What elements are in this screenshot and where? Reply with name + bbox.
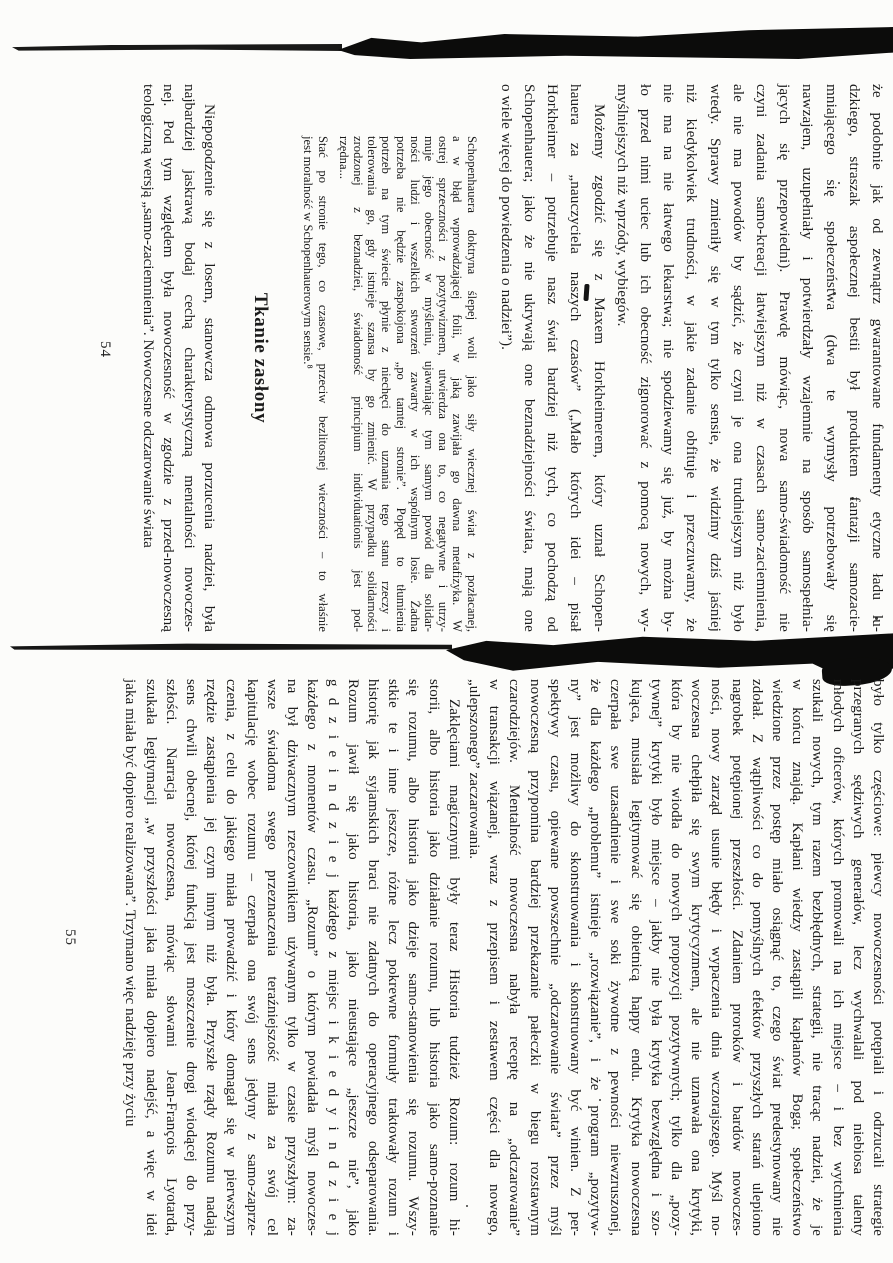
text-line: ostrej sprzeczności z pozytywizmem, utwi…: [436, 136, 450, 632]
page55-paragraph-1: było tylko częściowe: piewcy nowoczesnoś…: [464, 679, 888, 1236]
text-line: spektywy czasu, opiewane powszechnie „od…: [545, 679, 565, 1236]
text-line: ło przed nimi uciec lub ich obecność zig…: [634, 84, 657, 632]
text-line: „ulepszonego” zaczarowania.: [464, 679, 484, 1236]
text-line: ny” jest możliwy do skonstruowania i sko…: [565, 679, 585, 1236]
text-line: czyni zadania samo-kreacji łatwiejszym n…: [750, 84, 773, 632]
text-line: zrodzonej z beznadziei, świadomość princ…: [351, 136, 365, 632]
text-line: storii, albo historia jako działanie roz…: [423, 679, 443, 1236]
text-line: się rozumu, albo historia jako dzieje sa…: [403, 679, 423, 1236]
text-line: szukali nowych, tym razem bezbłędnych, s…: [807, 679, 827, 1236]
page-number-55: 55: [61, 929, 78, 946]
text-line: tolerowania go, gdy istnieje szansa by g…: [365, 136, 379, 632]
text-line: Rozum jawił się jako historia, jako nieu…: [343, 679, 363, 1236]
page54-blockquote: Schopenhauera doktryna ślepej woli jako …: [337, 136, 479, 632]
text-line: muje jego obecność w myśleniu, ujawniają…: [422, 136, 436, 632]
text-line: nawzajem, uzupełniały i potwierdzały wza…: [796, 84, 819, 632]
text-line: sens chwili obecnej, której funkcją jest…: [181, 679, 201, 1236]
text-line: ności, nowy zarząd usunie błędy i wypacz…: [706, 679, 726, 1236]
text-line: Schopenhauera doktryna ślepej woli jako …: [464, 136, 478, 632]
text-line: historię jak syjamskich braci nie zdatny…: [363, 679, 383, 1236]
text-line: czerpała swe uzasadnienie i swe soki żyw…: [605, 679, 625, 1236]
text-line: mniającego się społeczeństwa (dwa te wym…: [819, 84, 842, 632]
text-line: kapitulację wobec rozumu – czerpała ona …: [242, 679, 262, 1236]
text-line: teologiczną wersją „samo-zaciemnienia”. …: [137, 84, 158, 632]
text-line: że dla każdego „problemu” istnieje „rozw…: [585, 679, 605, 1236]
text-line: nowoczesną przypomina bardziej przekazan…: [524, 679, 544, 1236]
text-line: każdego z momentów czasu. „Rozum” o któr…: [302, 679, 322, 1236]
text-line: ności ludzi i wszelkich stworzeń zawarty…: [408, 136, 422, 632]
text-line: kująca, musiała legitymować się obietnic…: [625, 679, 645, 1236]
text-line: myślniejszych niż wprzódy, wybiegów.: [611, 84, 634, 632]
text-line: nej. Pod tym względem była nowoczesność …: [158, 84, 179, 632]
text-line: zdołał. Z wątpliwości co do pomyślnych e…: [747, 679, 767, 1236]
text-line: czarodziejów. Mentalność nowoczesna naby…: [504, 679, 524, 1236]
text-line: w transakcji wiązanej, wraz z przepisem …: [484, 679, 504, 1236]
text-line: Niepogodzenie się z losem, stanowcza odm…: [199, 84, 220, 632]
text-line: jest moralność w Schopenhauerowym sensie…: [301, 136, 315, 632]
text-line: niż kiedykolwiek trudności, w jakie zada…: [680, 84, 703, 632]
text-line: Schopenhauera; jako że nie ukrywają one …: [518, 84, 541, 632]
page54-paragraph-1: że podobnie jak od zewnątrz gwarantowane…: [611, 84, 889, 632]
text-line: czenia, z celu do jakiego miała prowadzi…: [221, 679, 241, 1236]
page-54: że podobnie jak od zewnątrz gwarantowane…: [137, 84, 889, 632]
text-line: potrzeb na tym świecie płynie z niechęci…: [379, 136, 393, 632]
text-line: wsze świadoma swego przeznaczenia teraźn…: [262, 679, 282, 1236]
text-line: dzkiego, straszak aspołecznej bestii był…: [843, 84, 866, 632]
page-number-54: 54: [96, 341, 113, 358]
text-line: a w błąd wprowadzającej folii, w jaką za…: [450, 136, 464, 632]
text-line: wtedy. Sprawy zmieniły się w tym tylko s…: [703, 84, 726, 632]
text-line: nagrobek potępionej przeszłości. Zdaniem…: [726, 679, 746, 1236]
scanned-book-spread: że podobnie jak od zewnątrz gwarantowane…: [0, 0, 893, 1263]
text-line: tywnej” krytyki było miejsce – jakby nie…: [646, 679, 666, 1236]
text-line: rzędzie zastąpienia jej czym innym niż b…: [201, 679, 221, 1236]
text-line: woczesna chełpiła się swym krytycyzmem, …: [686, 679, 706, 1236]
text-line: ale nie ma powodów by sądzić, że czyni j…: [727, 84, 750, 632]
page54-paragraph-2: Możemy zgodzić się z Maxem Horkheimerem,…: [495, 84, 611, 632]
text-line: wiedzione przez postęp miało osiągnąć to…: [767, 679, 787, 1236]
text-line: przegranych sędziwych generałów, lecz wy…: [848, 679, 868, 1236]
text-line: stkie te i inne jeszcze, różne lecz pokr…: [383, 679, 403, 1236]
text-line: Horkheimer – potrzebuje nasz świat bardz…: [541, 84, 564, 632]
text-line: Zaklęciami magicznymi były teraz Histori…: [444, 679, 464, 1236]
text-line: potrzeba nie będzie zaspokojona „po tamt…: [393, 136, 407, 632]
text-line: w końcu znajdą. Kapłani wiedzy zastąpili…: [787, 679, 807, 1236]
scan-edge-bar-top-left: [12, 44, 342, 51]
text-line: hauera za „nauczyciela naszych czasów” (…: [564, 84, 587, 632]
text-line: szłości. Narracja nowoczesna, mówiąc sło…: [161, 679, 181, 1236]
text-line: Stać po stronie tego, co czasowe, przeci…: [315, 136, 329, 632]
section-heading: Tkanie zasłony: [249, 84, 271, 632]
text-line: Możemy zgodzić się z Maxem Horkheimerem,…: [587, 84, 610, 632]
scan-edge-bar-top-right: [338, 27, 893, 59]
scan-gutter-bar-left: [10, 642, 452, 650]
page54-paragraph-3: Niepogodzenie się z losem, stanowcza odm…: [137, 84, 219, 632]
page55-paragraph-2: Zaklęciami magicznymi były teraz Histori…: [120, 679, 463, 1236]
text-line: o wiele więcej do powiedzenia o nadziei”…: [495, 84, 518, 632]
text-line: było tylko częściowe: piewcy nowoczesnoś…: [868, 679, 888, 1236]
text-line: najbardziej jaskrawą bodaj cechą charakt…: [178, 84, 199, 632]
text-line: nie ma na nie łatwego lekarstwa; nie spo…: [657, 84, 680, 632]
page-55: było tylko częściowe: piewcy nowoczesnoś…: [120, 679, 888, 1236]
text-line: jaka miała być dopiero realizowana”. Trz…: [120, 679, 140, 1236]
text-line: rzędna...: [337, 136, 351, 632]
text-line: która by nie wiodła do nowych propozycji…: [666, 679, 686, 1236]
text-line: młodych oficerów, których promowali na i…: [827, 679, 847, 1236]
text-line: g d z i e i n d z i e j każdego z miejsc…: [322, 679, 342, 1236]
text-line: szukała legitymacji „w przyszłości jaka …: [140, 679, 160, 1236]
text-line: że podobnie jak od zewnątrz gwarantowane…: [866, 84, 889, 632]
text-line: na był dziwacznym rzeczownikiem używanym…: [282, 679, 302, 1236]
page54-blockquote-closing: Stać po stronie tego, co czasowe, przeci…: [301, 136, 329, 632]
text-line: jących się przepowiedni). Prawdę mówiąc,…: [773, 84, 796, 632]
